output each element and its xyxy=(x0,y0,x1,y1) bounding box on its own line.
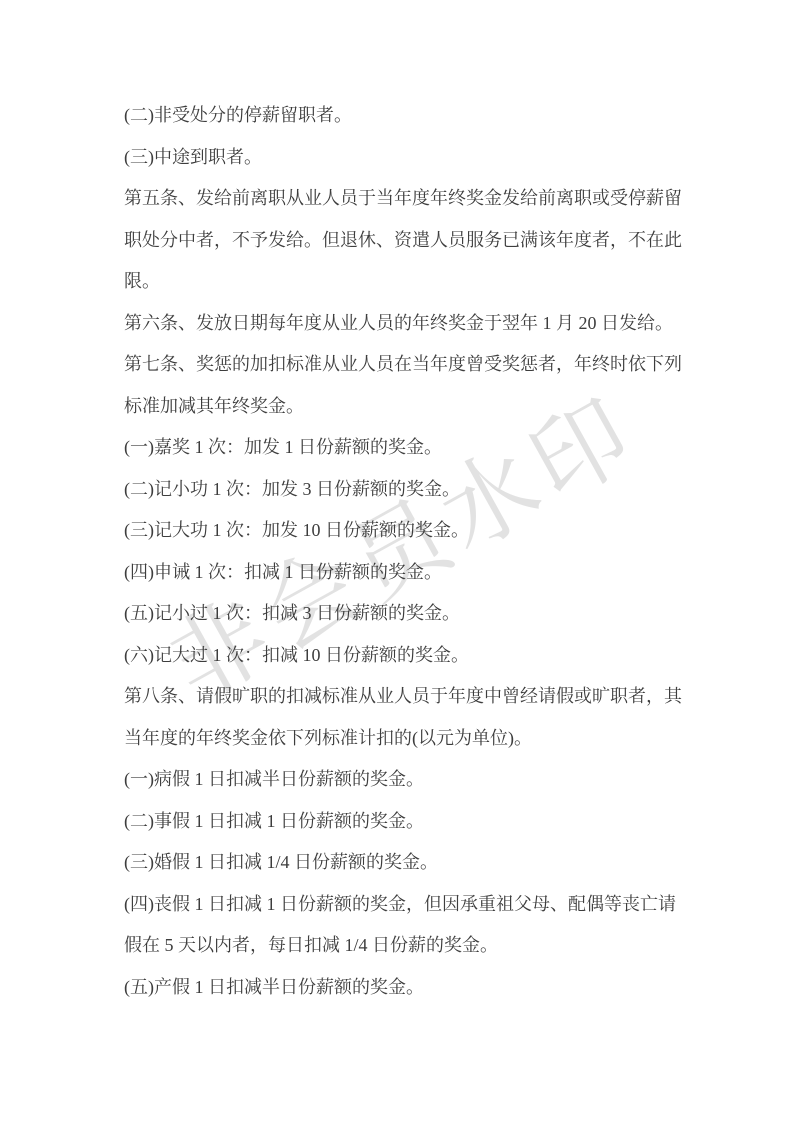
text-line: (一)病假 1 日扣减半日份薪额的奖金。 xyxy=(124,759,684,801)
text-line: 当年度的年终奖金依下列标准计扣的(以元为单位)。 xyxy=(124,718,684,760)
text-line: (六)记大过 1 次：扣减 10 日份薪额的奖金。 xyxy=(124,635,684,677)
text-line: 假在 5 天以内者，每日扣减 1/4 日份薪的奖金。 xyxy=(124,925,684,967)
text-line: 职处分中者，不予发给。但退休、资遣人员服务已满该年度者，不在此 xyxy=(124,220,684,262)
text-line: (五)记小过 1 次：扣减 3 日份薪额的奖金。 xyxy=(124,593,684,635)
text-line: (二)非受处分的停薪留职者。 xyxy=(124,95,684,137)
text-line: 第七条、奖惩的加扣标准从业人员在当年度曾受奖惩者，年终时依下列 xyxy=(124,344,684,386)
text-line: 第六条、发放日期每年度从业人员的年终奖金于翌年 1 月 20 日发给。 xyxy=(124,303,684,345)
text-line: (二)记小功 1 次：加发 3 日份薪额的奖金。 xyxy=(124,469,684,511)
text-line: 限。 xyxy=(124,261,684,303)
text-line: (五)产假 1 日扣减半日份薪额的奖金。 xyxy=(124,967,684,1009)
text-line: (三)中途到职者。 xyxy=(124,137,684,179)
document-body: (二)非受处分的停薪留职者。(三)中途到职者。第五条、发给前离职从业人员于当年度… xyxy=(124,95,684,1008)
text-line: 标准加减其年终奖金。 xyxy=(124,386,684,428)
text-line: (一)嘉奖 1 次：加发 1 日份薪额的奖金。 xyxy=(124,427,684,469)
text-line: (三)婚假 1 日扣减 1/4 日份薪额的奖金。 xyxy=(124,842,684,884)
text-line: 第五条、发给前离职从业人员于当年度年终奖金发给前离职或受停薪留 xyxy=(124,178,684,220)
document-page: 非会员水印 (二)非受处分的停薪留职者。(三)中途到职者。第五条、发给前离职从业… xyxy=(0,0,793,1122)
text-line: (三)记大功 1 次：加发 10 日份薪额的奖金。 xyxy=(124,510,684,552)
text-line: (二)事假 1 日扣减 1 日份薪额的奖金。 xyxy=(124,801,684,843)
text-line: (四)申诫 1 次：扣减 1 日份薪额的奖金。 xyxy=(124,552,684,594)
text-line: (四)丧假 1 日扣减 1 日份薪额的奖金，但因承重祖父母、配偶等丧亡请 xyxy=(124,884,684,926)
text-line: 第八条、请假旷职的扣减标准从业人员于年度中曾经请假或旷职者，其 xyxy=(124,676,684,718)
